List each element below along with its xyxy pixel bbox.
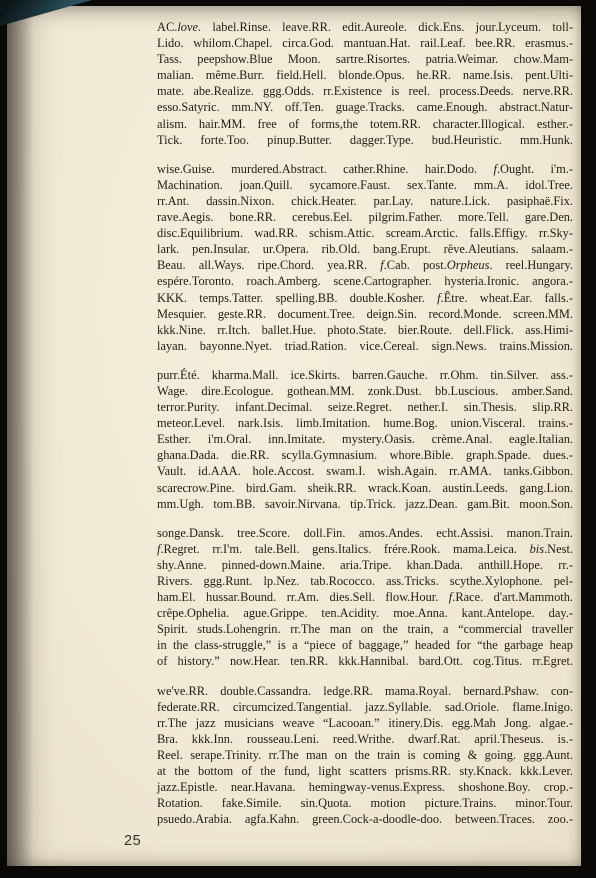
text-line: Beau. all.Ways. ripe.Chord. yea.RR. f.Ca…	[157, 257, 573, 273]
text-line: wise.Guise. murdered.Abstract. cather.Rh…	[157, 161, 573, 177]
text-line: crêpe.Ophelia. ague.Grippe. ten.Acidity.…	[157, 605, 573, 621]
body-text: AC.love. label.Rinse. leave.RR. edit.Aur…	[157, 19, 573, 840]
text-line: Machination. joan.Quill. sycamore.Faust.…	[157, 177, 573, 193]
text-line: federate.RR. circumcized.Tangential. jaz…	[157, 699, 573, 715]
text-line: esso.Satyric. mm.NY. off.Ten. guage.Trac…	[157, 99, 573, 115]
text-line: mm.Ugh. tom.BB. savoir.Nirvana. tip.Tric…	[157, 496, 573, 512]
text-line: layan. bayonne.Nyet. triad.Ration. vice.…	[157, 338, 573, 354]
text-line: jazz.Epistle. near.Havana. hemingway-ven…	[157, 779, 573, 795]
book-page: AC.love. label.Rinse. leave.RR. edit.Aur…	[7, 6, 581, 866]
text-line: rave.Aegis. bone.RR. cerebus.Eel. pilgri…	[157, 209, 573, 225]
text-line: espére.Toronto. roach.Amberg. scene.Cart…	[157, 273, 573, 289]
text-line: Tick. forte.Too. pinup.Butter. dagger.Ty…	[157, 132, 573, 148]
text-line: malian. même.Burr. field.Hell. blonde.Op…	[157, 67, 573, 83]
text-line: Bra. kkk.Inn. rousseau.Leni. reed.Writhe…	[157, 731, 573, 747]
paragraph: purr.Été. kharma.Mall. ice.Skirts. barre…	[157, 367, 573, 512]
text-line: at the bottom of the fund, light scatter…	[157, 763, 573, 779]
text-line: rr.The jazz musicians weave “Lacooan.” i…	[157, 715, 573, 731]
text-line: Tass. peepshow.Blue Moon. sartre.Risorte…	[157, 51, 573, 67]
text-line: Mesquier. geste.RR. document.Tree. deign…	[157, 306, 573, 322]
text-line: in the class-struggle,” is a “piece of b…	[157, 637, 573, 653]
text-line: KKK. temps.Tatter. spelling.BB. double.K…	[157, 290, 573, 306]
paragraph: AC.love. label.Rinse. leave.RR. edit.Aur…	[157, 19, 573, 148]
text-line: Rivers. ggg.Runt. lp.Nez. tab.Rococco. a…	[157, 573, 573, 589]
page-gutter-shadow	[7, 6, 33, 866]
text-line: mate. abe.Realize. ggg.Odds. rr.Existenc…	[157, 83, 573, 99]
text-line: songe.Dansk. tree.Score. doll.Fin. amos.…	[157, 525, 573, 541]
paragraph: we've.RR. double.Cassandra. ledge.RR. ma…	[157, 683, 573, 828]
text-line: Spirit. studs.Lohengrin. rr.The man on t…	[157, 621, 573, 637]
text-line: ham.El. hussar.Bound. rr.Am. dies.Sell. …	[157, 589, 573, 605]
text-line: Vault. id.AAA. hole.Accost. swam.I. wish…	[157, 463, 573, 479]
paragraph: wise.Guise. murdered.Abstract. cather.Rh…	[157, 161, 573, 354]
text-line: Esther. i'm.Oral. inn.Imitate. mystery.O…	[157, 431, 573, 447]
text-line: of history.” now.Hear. ten.RR. kkk.Hanni…	[157, 653, 573, 669]
paragraph: songe.Dansk. tree.Score. doll.Fin. amos.…	[157, 525, 573, 670]
book-photo: AC.love. label.Rinse. leave.RR. edit.Aur…	[0, 0, 596, 878]
text-line: alism. hair.MM. free of forms,the totem.…	[157, 116, 573, 132]
text-line: psuedo.Arabia. agfa.Kahn. green.Cock-a-d…	[157, 811, 573, 827]
text-line: we've.RR. double.Cassandra. ledge.RR. ma…	[157, 683, 573, 699]
text-line: Wage. dire.Ecologue. gothean.MM. zonk.Du…	[157, 383, 573, 399]
text-line: purr.Été. kharma.Mall. ice.Skirts. barre…	[157, 367, 573, 383]
text-line: terror.Purity. infant.Decimal. seize.Reg…	[157, 399, 573, 415]
page-number: 25	[124, 833, 141, 849]
text-line: shy.Anne. pinned-down.Maine. aria.Tripe.…	[157, 557, 573, 573]
text-line: disc.Equilibrium. wad.RR. schism.Attic. …	[157, 225, 573, 241]
text-line: Reel. serape.Trinity. rr.The man on the …	[157, 747, 573, 763]
text-line: Lido. whilom.Chapel. circa.God. mantuan.…	[157, 35, 573, 51]
text-line: Rotation. fake.Simile. sin.Quota. motion…	[157, 795, 573, 811]
text-line: meteor.Level. nark.Isis. limb.Imitation.…	[157, 415, 573, 431]
text-line: lark. pen.Insular. ur.Opera. rib.Old. ba…	[157, 241, 573, 257]
text-line: kkk.Nine. rr.Itch. ballet.Hue. photo.Sta…	[157, 322, 573, 338]
text-line: rr.Ant. dassin.Nixon. chick.Heater. par.…	[157, 193, 573, 209]
text-line: ghana.Dada. die.RR. scylla.Gymnasium. wh…	[157, 447, 573, 463]
text-line: AC.love. label.Rinse. leave.RR. edit.Aur…	[157, 19, 573, 35]
text-line: scarecrow.Pine. bird.Gam. sheik.RR. wrac…	[157, 480, 573, 496]
text-line: f.Regret. rr.I'm. tale.Bell. gens.Italic…	[157, 541, 573, 557]
